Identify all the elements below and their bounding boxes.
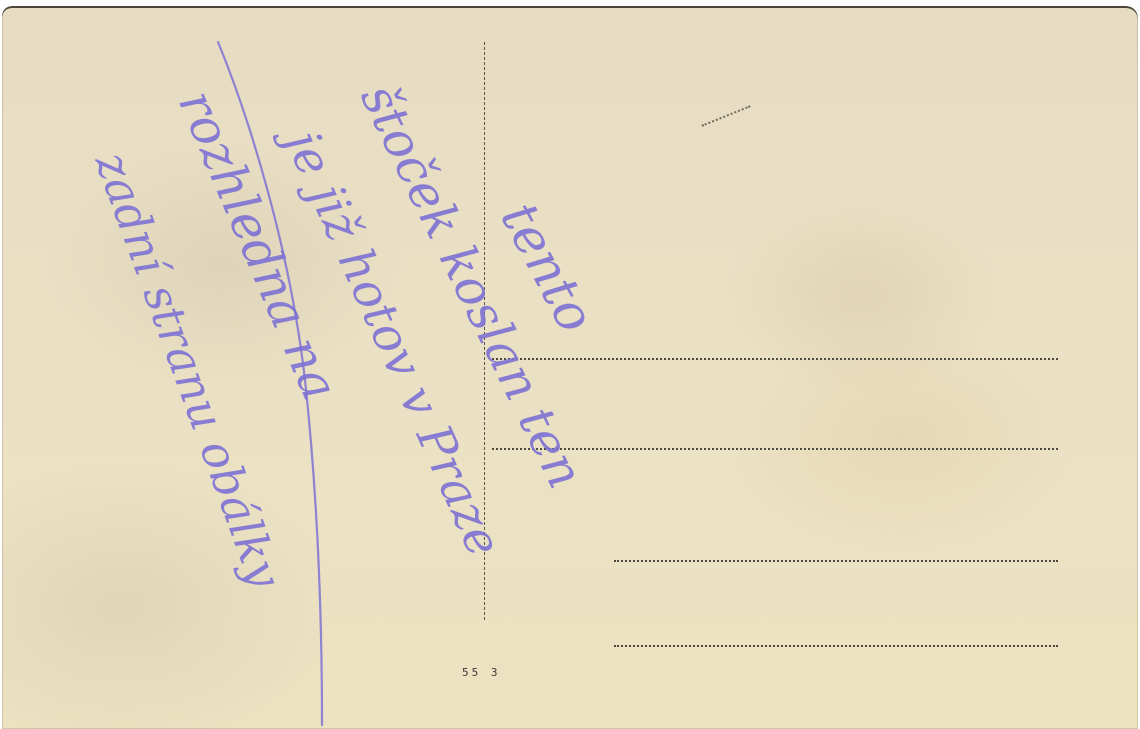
postcard-back	[2, 6, 1138, 729]
printed-code: 55 3	[462, 666, 501, 679]
address-line-4	[614, 645, 1058, 647]
address-line-2	[492, 448, 1058, 450]
center-divider-line	[484, 42, 485, 620]
postcard: 55 3 tento štoček koslan ten je již hoto…	[0, 0, 1140, 729]
address-line-1	[492, 358, 1058, 360]
address-line-3	[614, 560, 1058, 562]
